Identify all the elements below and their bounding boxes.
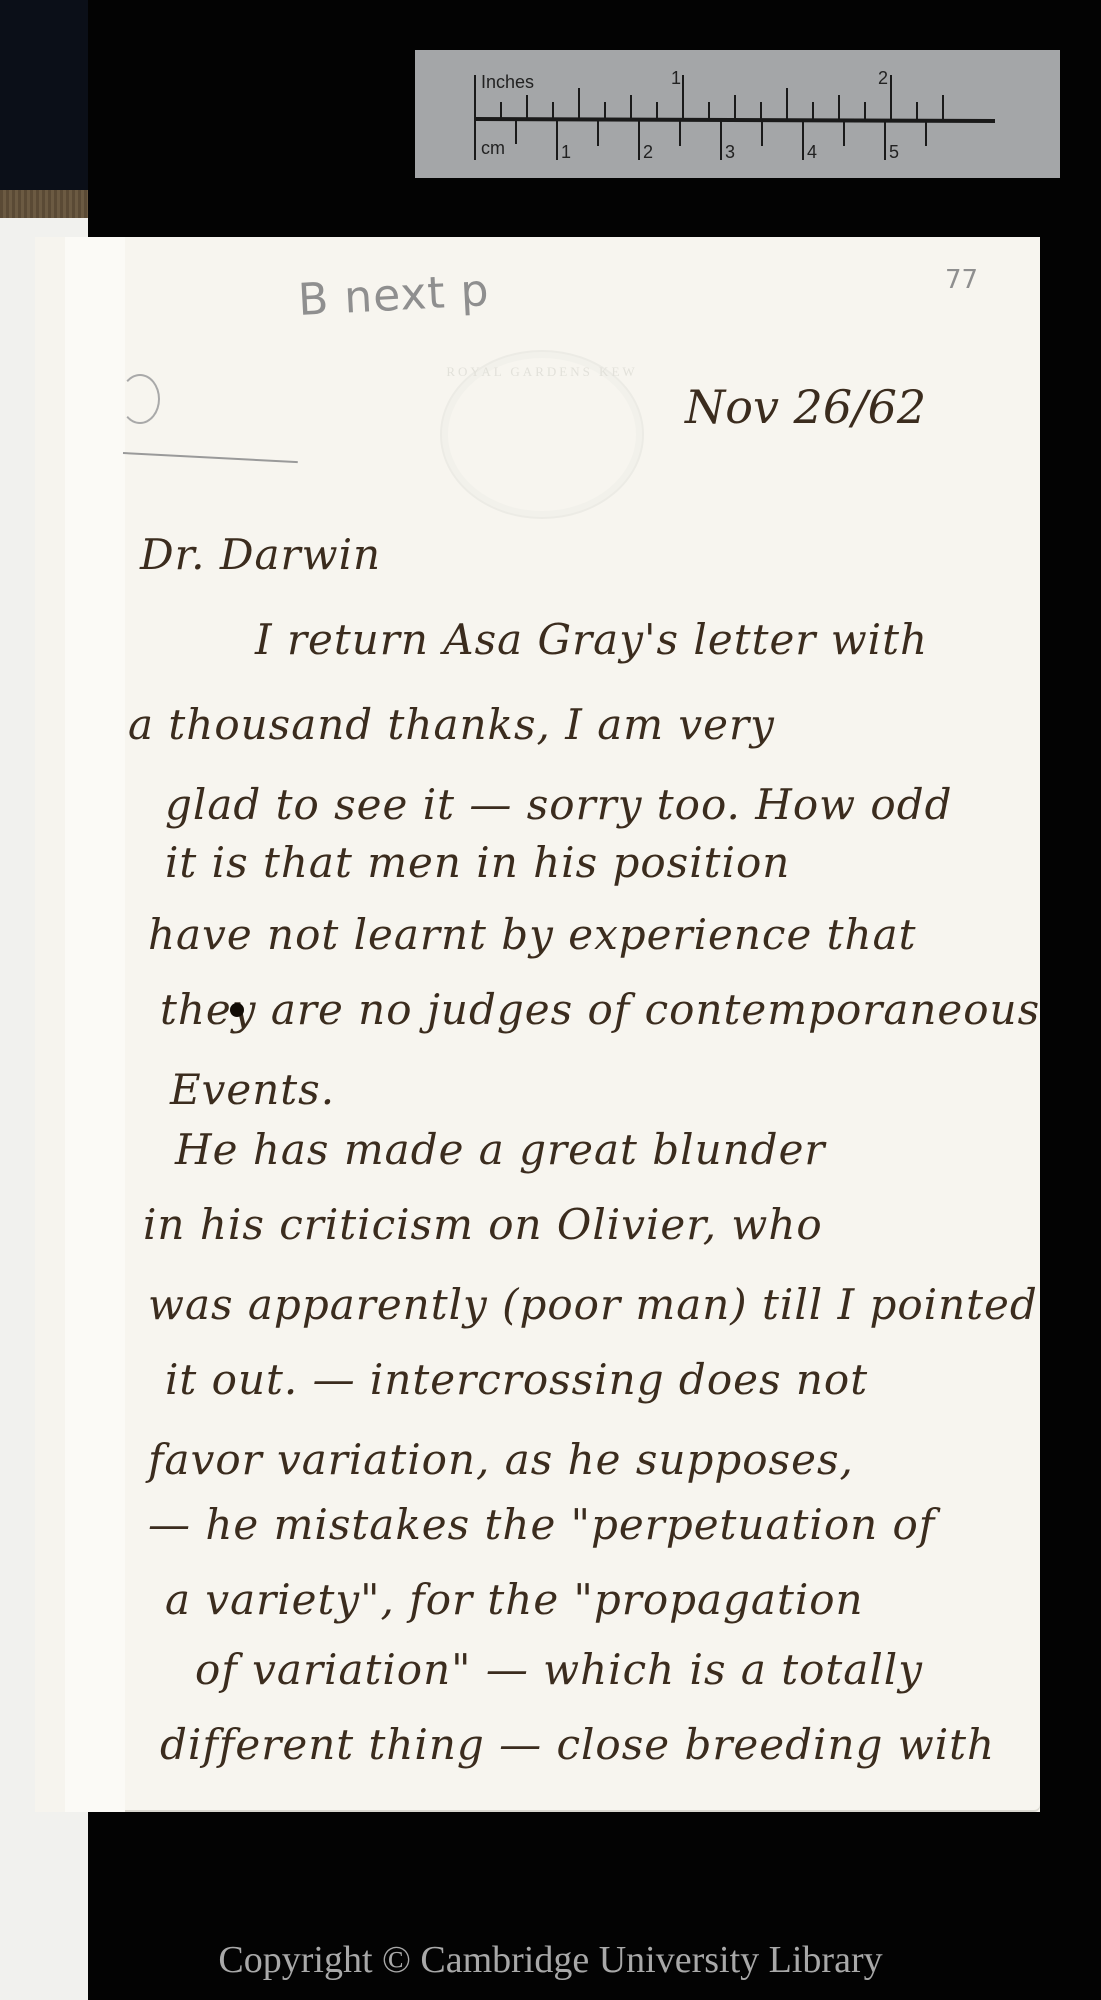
letter-line: He has made a great blunder [175, 1125, 826, 1174]
ruler-cm-tick-label: 2 [643, 142, 653, 163]
ruler-inches-label: Inches [481, 72, 534, 93]
book-binding-band [0, 190, 88, 218]
ruler-cm-tick-label: 4 [807, 142, 817, 163]
letter-line: they are no judges of contemporaneous [160, 985, 1040, 1034]
embossed-seal-icon: ROYAL GARDENS KEW [440, 350, 644, 519]
letter-line: it is that men in his position [165, 838, 790, 887]
letter-line: was apparently (poor man) till I pointed [148, 1280, 1038, 1329]
seal-text: ROYAL GARDENS KEW [442, 364, 642, 380]
letter-line: Events. [170, 1065, 335, 1114]
letter-line: have not learnt by experience that [148, 910, 917, 959]
ruler-inch-tick-label: 1 [671, 68, 681, 89]
letter-line: of variation" — which is a totally [195, 1645, 923, 1694]
pencil-annotation: B next p [297, 265, 491, 326]
ruler-ticks-icon [415, 50, 1060, 178]
letter-salutation: Dr. Darwin [140, 530, 381, 579]
letter-line: I return Asa Gray's letter with [255, 615, 928, 664]
letter-line: — he mistakes the "perpetuation of [148, 1500, 935, 1549]
ruler-cm-tick-label: 1 [561, 142, 571, 163]
letter-date: Nov 26/62 [685, 380, 926, 434]
ruler-inch-tick-label: 2 [878, 68, 888, 89]
scale-ruler: Inches 1 2 cm 1 2 3 4 5 [415, 50, 1060, 178]
letter-line: glad to see it — sorry too. How odd [165, 780, 953, 829]
letter-line: a thousand thanks, I am very [128, 700, 775, 749]
letter-line: favor variation, as he supposes, [148, 1435, 854, 1484]
folio-number: 77 [945, 265, 978, 295]
ruler-cm-tick-label: 5 [889, 142, 899, 163]
letter-line: it out. — intercrossing does not [165, 1355, 868, 1404]
pencil-circle-mark [120, 374, 160, 424]
binding-strip [65, 237, 126, 1812]
letter-line: different thing — close breeding with [160, 1720, 995, 1769]
copyright-notice: Copyright © Cambridge University Library [0, 1938, 1101, 1982]
ruler-cm-label: cm [481, 138, 505, 159]
letter-line: a variety", for the "propagation [165, 1575, 864, 1624]
background-left-dark [0, 0, 88, 190]
ink-blot [230, 1003, 244, 1017]
ruler-cm-tick-label: 3 [725, 142, 735, 163]
letter-line: in his criticism on Olivier, who [143, 1200, 823, 1249]
